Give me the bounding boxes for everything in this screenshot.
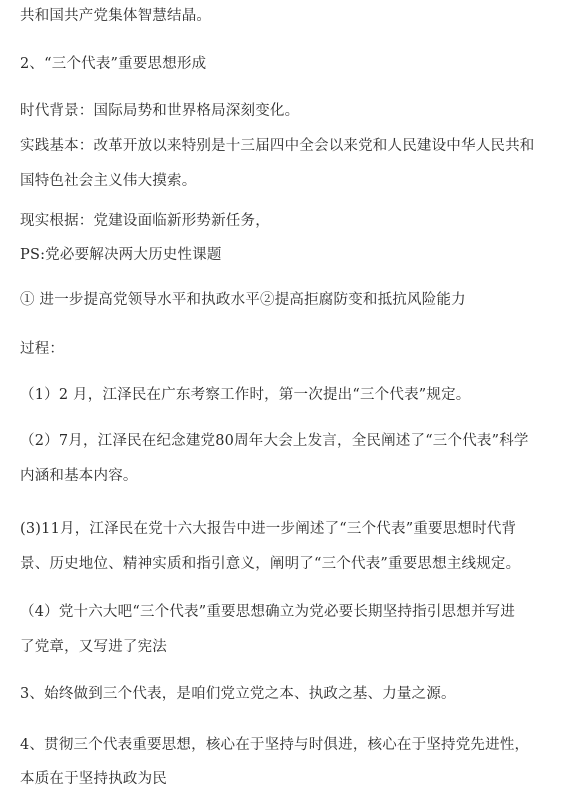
section-heading-point-3: 3、始终做到三个代表，是咱们党立党之本、执政之基、力量之源。 [20, 685, 456, 703]
document-page: 共和国共产党集体智慧结晶。 2、“三个代表”重要思想形成 时代背景：国际局势和世… [0, 0, 585, 800]
text-line-process-label: 过程： [20, 340, 64, 358]
text-line-two-tasks: ① 进一步提高党领导水平和执政水平②提高拒腐防变和抵抗风险能力 [20, 291, 466, 309]
text-line-process-step-3: (3)11月，江泽民在党十六大报告中进一步阐述了“三个代表”重要思想时代背 [20, 520, 516, 538]
text-line-process-step-2-cont: 内涵和基本内容。 [20, 467, 138, 485]
section-heading-formation: 2、“三个代表”重要思想形成 [20, 55, 206, 73]
text-line-practice-basis-cont: 国特色社会主义伟大摸索。 [20, 172, 196, 190]
text-line-process-step-4-cont: 了党章，又写进了宪法 [20, 638, 167, 656]
text-line-ps-note: PS:党必要解决两大历史性课题 [20, 246, 222, 264]
text-line-reality-basis: 现实根据：党建设面临新形势新任务， [20, 212, 270, 230]
text-line-practice-basis: 实践基本：改革开放以来特别是十三届四中全会以来党和人民建设中华人民共和 [20, 137, 535, 155]
text-line-process-step-1: （1）2 月，江泽民在广东考察工作时，第一次提出“三个代表”规定。 [20, 386, 470, 404]
text-line-era-background: 时代背景：国际局势和世界格局深刻变化。 [20, 102, 299, 120]
section-heading-point-4: 4、贯彻三个代表重要思想，核心在于坚持与时俱进，核心在于坚持党先进性， [20, 736, 529, 754]
text-line-process-step-2: （2）7月，江泽民在纪念建党80周年大会上发言，全民阐述了“三个代表”科学 [20, 432, 529, 450]
text-line-conclusion: 共和国共产党集体智慧结晶。 [20, 7, 211, 25]
text-line-point-4-cont: 本质在于坚持执政为民 [20, 770, 167, 788]
text-line-process-step-4: （4）党十六大吧“三个代表”重要思想确立为党必要长期坚持指引思想并写进 [20, 603, 515, 621]
text-line-process-step-3-cont: 景、历史地位、精神实质和指引意义，阐明了“三个代表”重要思想主线规定。 [20, 555, 520, 573]
